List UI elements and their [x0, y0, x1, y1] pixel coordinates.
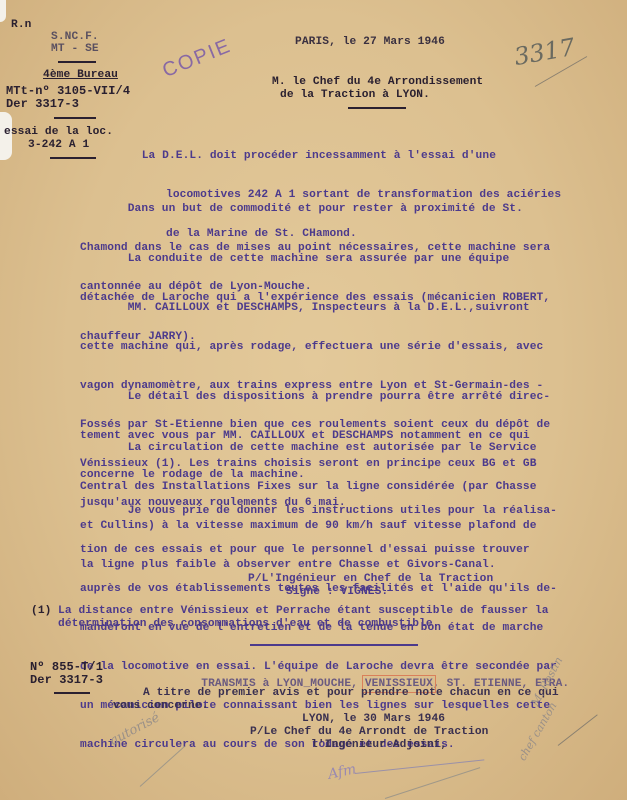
- transmittal-sign-1: P/Le Chef du 4e Arrondt de Traction: [250, 726, 488, 739]
- paper-tear: [0, 0, 6, 22]
- der-reference: Der 3317-3: [6, 98, 79, 111]
- text-line: La D.E.L. doit procéder incessamment à l…: [94, 150, 561, 163]
- transmittal-line-2: vous concerne.: [113, 700, 208, 713]
- footnote-line-2: détermination des consommations d'eau et…: [58, 618, 440, 631]
- transmittal-sign-2: l'Ingénieur-Adjoint,: [311, 739, 447, 752]
- pencil-stroke: [558, 714, 598, 746]
- divider: [58, 61, 96, 63]
- text-line: Je vous prie de donner les instructions …: [80, 505, 557, 518]
- text-line: MM. CAILLOUX et DESCHAMPS, Inspecteurs à…: [80, 302, 550, 315]
- footnote-marker: (1): [31, 605, 51, 618]
- text-line: Dans un but de commodité et pour rester …: [80, 203, 550, 216]
- text-line: tion de ces essais et pour que le person…: [80, 544, 557, 557]
- handwritten-file-number: 3317: [512, 33, 577, 71]
- divider: [50, 157, 96, 159]
- text-line: cette machine qui, après rodage, effectu…: [80, 341, 550, 354]
- department: MT - SE: [51, 43, 99, 56]
- recipient-line-2: de la Traction à LYON.: [280, 89, 430, 102]
- signature-line-1: P/L'Ingénieur en Chef de la Traction: [248, 573, 493, 586]
- recipient-line-1: M. le Chef du 4e Arrondissement: [272, 76, 483, 89]
- divider: [54, 692, 90, 694]
- footnote-line-1: La distance entre Vénissieux et Perrache…: [58, 605, 549, 618]
- text-line: La conduite de cette machine sera assuré…: [80, 253, 550, 266]
- reference-code: R.n: [11, 19, 31, 32]
- text-line: Le détail des dispositions à prendre pou…: [80, 391, 550, 404]
- divider: [250, 644, 418, 646]
- divider: [54, 117, 96, 119]
- subject-line-2: 3-242 A 1: [28, 139, 89, 152]
- subject-line-1: essai de la loc.: [4, 126, 113, 139]
- document-page: R.n S.NC.F. MT - SE 4ème Bureau MTt-nº 3…: [0, 0, 627, 800]
- place-date: PARIS, le 27 Mars 1946: [295, 36, 445, 49]
- divider: [348, 107, 406, 109]
- bureau: 4ème Bureau: [43, 69, 118, 82]
- text-line: La circulation de cette machine est auto…: [80, 442, 537, 455]
- copie-stamp: COPIE: [159, 35, 235, 83]
- transmittal-line-1: A titre de premier avis et pour prendre …: [143, 687, 559, 700]
- transmittal-place-date: LYON, le 30 Mars 1946: [302, 713, 445, 726]
- transmittal-der: Der 3317-3: [30, 674, 103, 687]
- signature-line-2: Signé : VIGNES.: [286, 586, 388, 599]
